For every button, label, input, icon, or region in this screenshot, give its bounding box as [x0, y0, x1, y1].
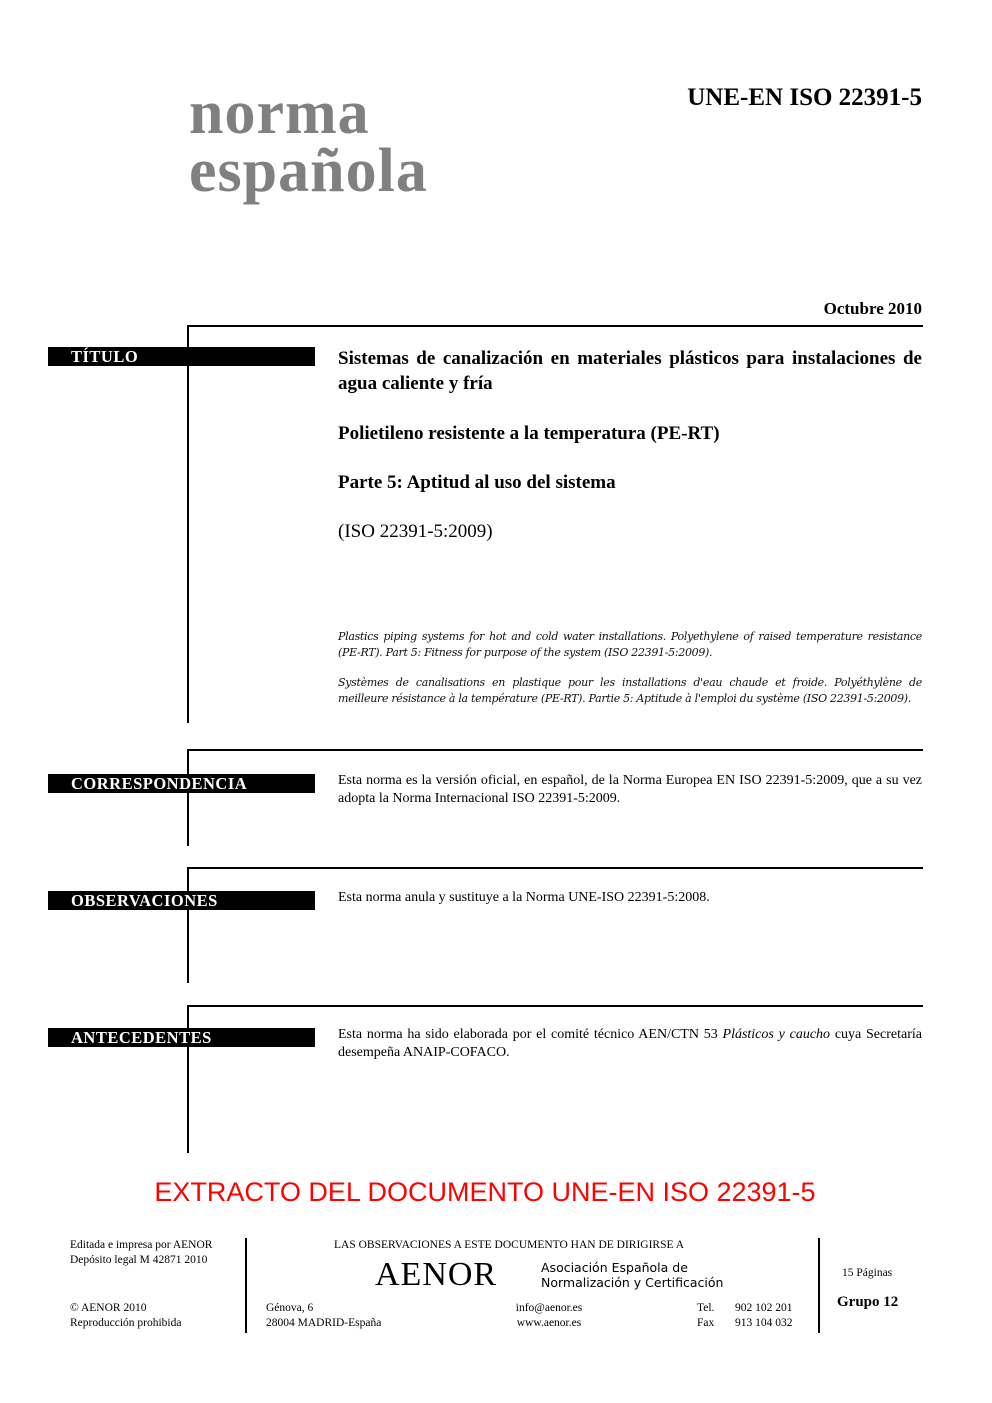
footer-phone-numbers: 902 102 201 913 104 032	[735, 1301, 793, 1331]
footer-contact-web: info@aenor.es www.aenor.es	[509, 1301, 589, 1331]
brand-espanola: española	[189, 140, 428, 202]
tel-label: Tel.	[697, 1301, 714, 1316]
document-part: Parte 5: Aptitud al uso del sistema	[338, 470, 922, 495]
observations-notice: LAS OBSERVACIONES A ESTE DOCUMENTO HAN D…	[334, 1238, 684, 1253]
footer-copyright: © AENOR 2010 Reproducción prohibida	[70, 1301, 181, 1331]
email-link[interactable]: info@aenor.es	[509, 1301, 589, 1316]
title-english: Plastics piping systems for hot and cold…	[338, 629, 922, 661]
observaciones-text: Esta norma anula y sustituye a la Norma …	[338, 889, 922, 907]
page-count: 15 Páginas	[842, 1266, 892, 1281]
section-divider-observaciones	[187, 867, 923, 869]
section-divider-antecedentes	[187, 1005, 923, 1007]
footer-phone-labels: Tel. Fax	[697, 1301, 714, 1331]
org-line2: Normalización y Certificación	[541, 1275, 723, 1290]
aenor-logo: AENOR	[375, 1256, 497, 1294]
edited-by: Editada e impresa por AENOR	[70, 1238, 212, 1253]
section-titulo-content: Sistemas de canalización en materiales p…	[338, 346, 922, 544]
label-titulo: TÍTULO	[48, 347, 315, 366]
website-link[interactable]: www.aenor.es	[509, 1316, 589, 1331]
section-divider-titulo	[187, 325, 923, 327]
reproduction-notice: Reproducción prohibida	[70, 1316, 181, 1331]
section-vline-titulo	[187, 325, 189, 723]
brand-norma: norma	[189, 82, 370, 144]
footer-divider-left	[245, 1238, 247, 1333]
tel-number: 902 102 201	[735, 1301, 793, 1316]
section-vline-observaciones	[187, 867, 189, 983]
document-subtitle: Polietileno resistente a la temperatura …	[338, 421, 922, 446]
address-street: Génova, 6	[266, 1301, 381, 1316]
footer-divider-right	[818, 1238, 820, 1333]
document-title: Sistemas de canalización en materiales p…	[338, 346, 922, 396]
correspondencia-text: Esta norma es la versión oficial, en esp…	[338, 772, 922, 808]
org-line1: Asociación Española de	[541, 1260, 723, 1275]
label-observaciones: OBSERVACIONES	[48, 891, 315, 910]
fax-label: Fax	[697, 1316, 714, 1331]
legal-deposit: Depósito legal M 42871 2010	[70, 1253, 212, 1268]
footer-publisher: Editada e impresa por AENOR Depósito leg…	[70, 1238, 212, 1268]
section-divider-correspondencia	[187, 749, 923, 751]
antecedentes-text-part1: Esta norma ha sido elaborada por el comi…	[338, 1027, 723, 1042]
committee-name: Plásticos y caucho	[723, 1027, 831, 1042]
label-correspondencia: CORRESPONDENCIA	[48, 774, 315, 793]
label-antecedentes: ANTECEDENTES	[48, 1028, 315, 1047]
address-city: 28004 MADRID-España	[266, 1316, 381, 1331]
aenor-organization: Asociación Española de Normalización y C…	[541, 1260, 723, 1290]
copyright: © AENOR 2010	[70, 1301, 181, 1316]
antecedentes-text: Esta norma ha sido elaborada por el comi…	[338, 1026, 922, 1062]
footer-address: Génova, 6 28004 MADRID-España	[266, 1301, 381, 1331]
extract-watermark: EXTRACTO DEL DOCUMENTO UNE-EN ISO 22391-…	[0, 1177, 970, 1208]
standard-code: UNE-EN ISO 22391-5	[687, 84, 922, 112]
title-french: Systèmes de canalisations en plastique p…	[338, 675, 922, 707]
price-group: Grupo 12	[837, 1294, 898, 1311]
section-vline-correspondencia	[187, 749, 189, 846]
fax-number: 913 104 032	[735, 1316, 793, 1331]
publication-date: Octubre 2010	[824, 299, 922, 319]
document-iso-ref: (ISO 22391-5:2009)	[338, 519, 922, 544]
